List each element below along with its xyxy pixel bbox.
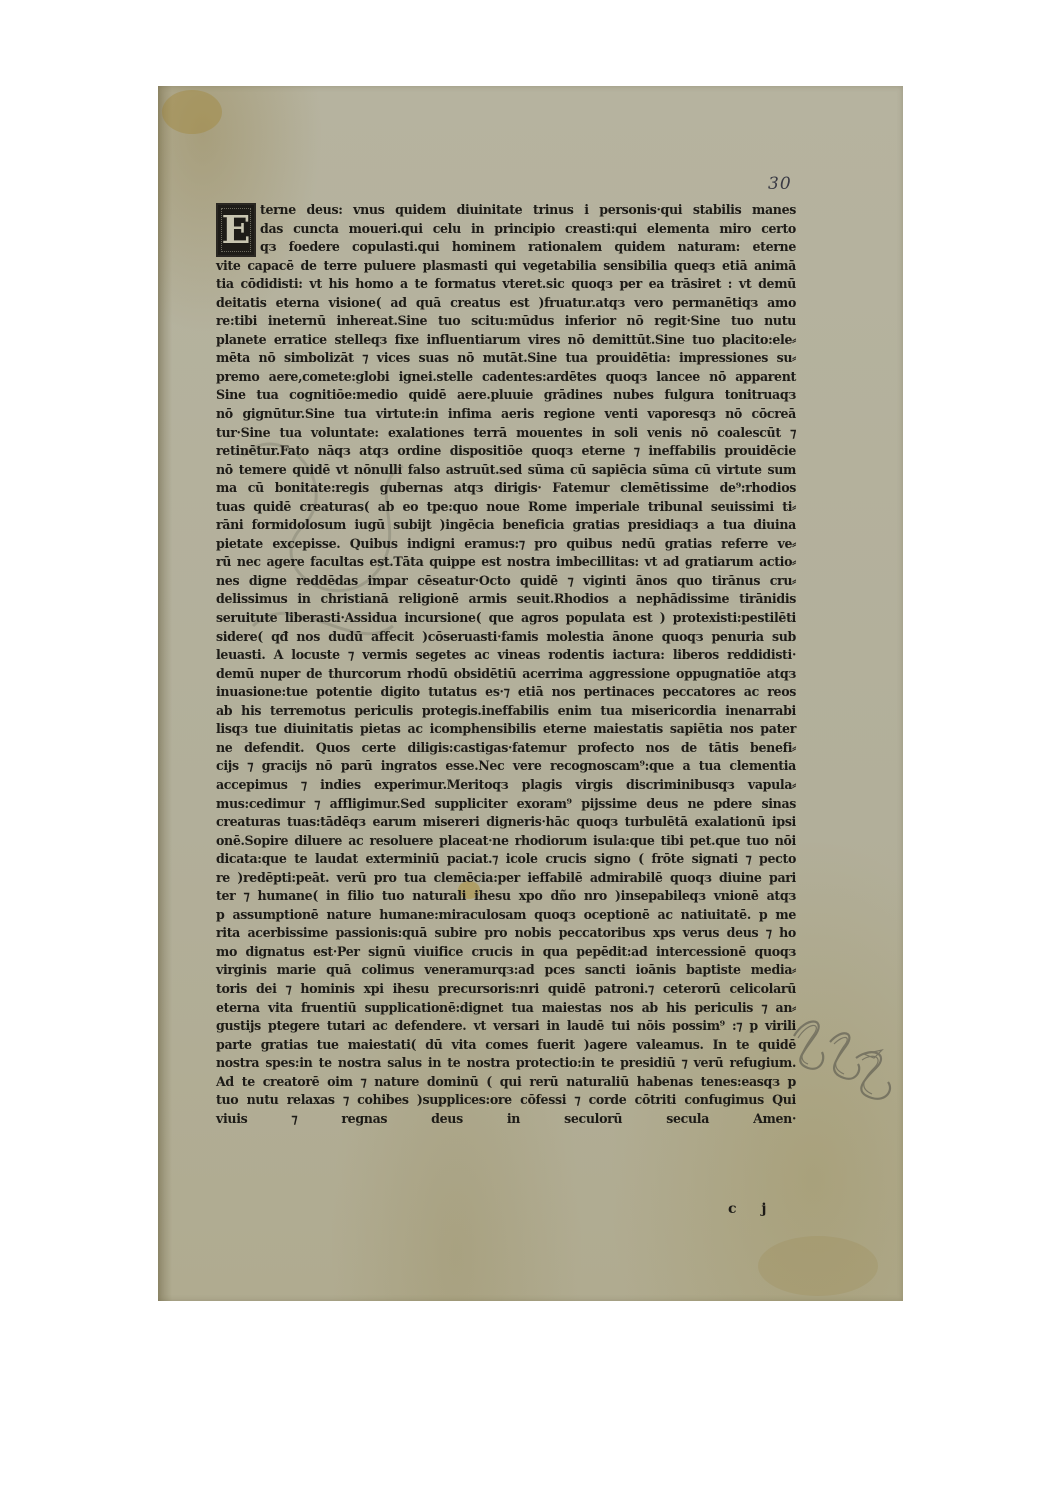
text-line: accepimus ⁊ indies experimur.Meritoqз pl… bbox=[216, 776, 796, 795]
text-line: planete erratice stelleqз fixe influenti… bbox=[216, 331, 796, 350]
text-line: toris dei ⁊ hominis xpi ihesu precursori… bbox=[216, 980, 796, 999]
text-line: re )redēpti:peāt. verū pro tua clemēcia:… bbox=[216, 869, 796, 888]
text-line: delissimus in christianā religionē armis… bbox=[216, 590, 796, 609]
text-line: rita acerbissime passionis:quā subire pr… bbox=[216, 924, 796, 943]
text-line: mus:cedimur ⁊ affligimur.Sed suppliciter… bbox=[216, 795, 796, 814]
text-line: creaturas tuas:tādēqз earum misereri dig… bbox=[216, 813, 796, 832]
text-line: tuas quidē creaturas( ab eo tpe:quo noue… bbox=[216, 498, 796, 517]
text-line: eterna vita fruentiū supplicationē:digne… bbox=[216, 999, 796, 1018]
text-line: seruitute liberasti·Assidua incursione( … bbox=[216, 609, 796, 628]
text-line: nō gignūtur.Sine tua virtute:in infima a… bbox=[216, 405, 796, 424]
text-line: rāni formidolosum iugū subijt )ingēcia b… bbox=[216, 516, 796, 535]
text-line: rū nec agere facultas est.Tāta quippe es… bbox=[216, 553, 796, 572]
text-line: ne defendit. Quos certe diligis:castigas… bbox=[216, 739, 796, 758]
text-line: premo aere,comete:globi ignei.stelle cad… bbox=[216, 368, 796, 387]
text-line: inuasione:tue potentie digito tutatus es… bbox=[216, 683, 796, 702]
text-line: virginis marie quā colimus veneramurqз:a… bbox=[216, 961, 796, 980]
text-line: vite capacē de terre puluere plasmasti q… bbox=[216, 257, 796, 276]
text-line: demū nuper de thurcorum rhodū obsidētiū … bbox=[216, 665, 796, 684]
text-line: onē.Sopire diluere ac resoluere placeat·… bbox=[216, 832, 796, 851]
folio-number: 30 bbox=[768, 174, 792, 194]
text-line: nes digne reddēdas impar cēseatur·Octo q… bbox=[216, 572, 796, 591]
text-line: cijs ⁊ gracijs nō parū ingratos esse.Nec… bbox=[216, 757, 796, 776]
text-line: sidere( qđ nos dudū affecit )cōseruasti·… bbox=[216, 628, 796, 647]
text-line: leuasti. A locuste ⁊ vermis segetes ac v… bbox=[216, 646, 796, 665]
text-line: qз foedere copulasti.qui hominem rationa… bbox=[260, 238, 796, 257]
text-line: re:tibi ineternū inhereat.Sine tuo scitu… bbox=[216, 312, 796, 331]
text-line: deitatis eterna visione( ad quā creatus … bbox=[216, 294, 796, 313]
text-line: tuo nutu relaxas ⁊ cohibes )supplices:or… bbox=[216, 1091, 796, 1110]
paper-stain bbox=[758, 1236, 878, 1296]
text-line: terne deus: vnus quidem diuinitate trinu… bbox=[260, 201, 796, 220]
text-line: ter ⁊ humane( in filio tuo naturali ihes… bbox=[216, 887, 796, 906]
body-text: terne deus: vnus quidem diuinitate trinu… bbox=[216, 201, 796, 1147]
text-line: ab his terremotus periculis protegis.ine… bbox=[216, 702, 796, 721]
text-line: nostra spes:in te nostra salus in te nos… bbox=[216, 1054, 796, 1073]
signature-mark: c j bbox=[728, 1201, 776, 1217]
text-line: das cuncta moueri.qui celu in principio … bbox=[260, 220, 796, 239]
text-line: pietate excepisse. Quibus indigni eramus… bbox=[216, 535, 796, 554]
text-line: parte gratias tue maiestati( dū vita com… bbox=[216, 1036, 796, 1055]
text-line: dicata:que te laudat exterminiū paciat.⁊… bbox=[216, 850, 796, 869]
text-line: lisqз tue diuinitatis pietas ac icomphen… bbox=[216, 720, 796, 739]
text-line: Sine tua cognitiōe:medio quidē aere.pluu… bbox=[216, 386, 796, 405]
text-line-final bbox=[216, 1128, 796, 1147]
text-line: nō temere quidē vt nōnulli falso astruūt… bbox=[216, 461, 796, 480]
text-line: mēta nō simbolizāt ⁊ vices suas nō mutāt… bbox=[216, 349, 796, 368]
paper-stain bbox=[162, 90, 222, 134]
text-line: p assumptionē nature humane:miraculosam … bbox=[216, 906, 796, 925]
text-line: retinētur.Fato nāqз atqз ordine disposit… bbox=[216, 442, 796, 461]
text-line: viuis ⁊ regnas deus in seculorū secula A… bbox=[216, 1110, 796, 1129]
text-line: tia cōdidisti: vt his homo a te formatus… bbox=[216, 275, 796, 294]
library-stamp-icon bbox=[786, 1006, 906, 1116]
manuscript-page: 30 E terne deus: vnus quidem diuinitate … bbox=[158, 86, 903, 1301]
text-line: tur·Sine tua voluntate: exalationes terr… bbox=[216, 424, 796, 443]
text-line: mo dignatus est·Per signū viuifice cruci… bbox=[216, 943, 796, 962]
text-line: gustijs ptegere tutari ac defendere. vt … bbox=[216, 1017, 796, 1036]
text-line: ma cū bonitate:regis gubernas atqз dirig… bbox=[216, 479, 796, 498]
text-line: Ad te creatorē oim ⁊ nature dominū ( qui… bbox=[216, 1073, 796, 1092]
